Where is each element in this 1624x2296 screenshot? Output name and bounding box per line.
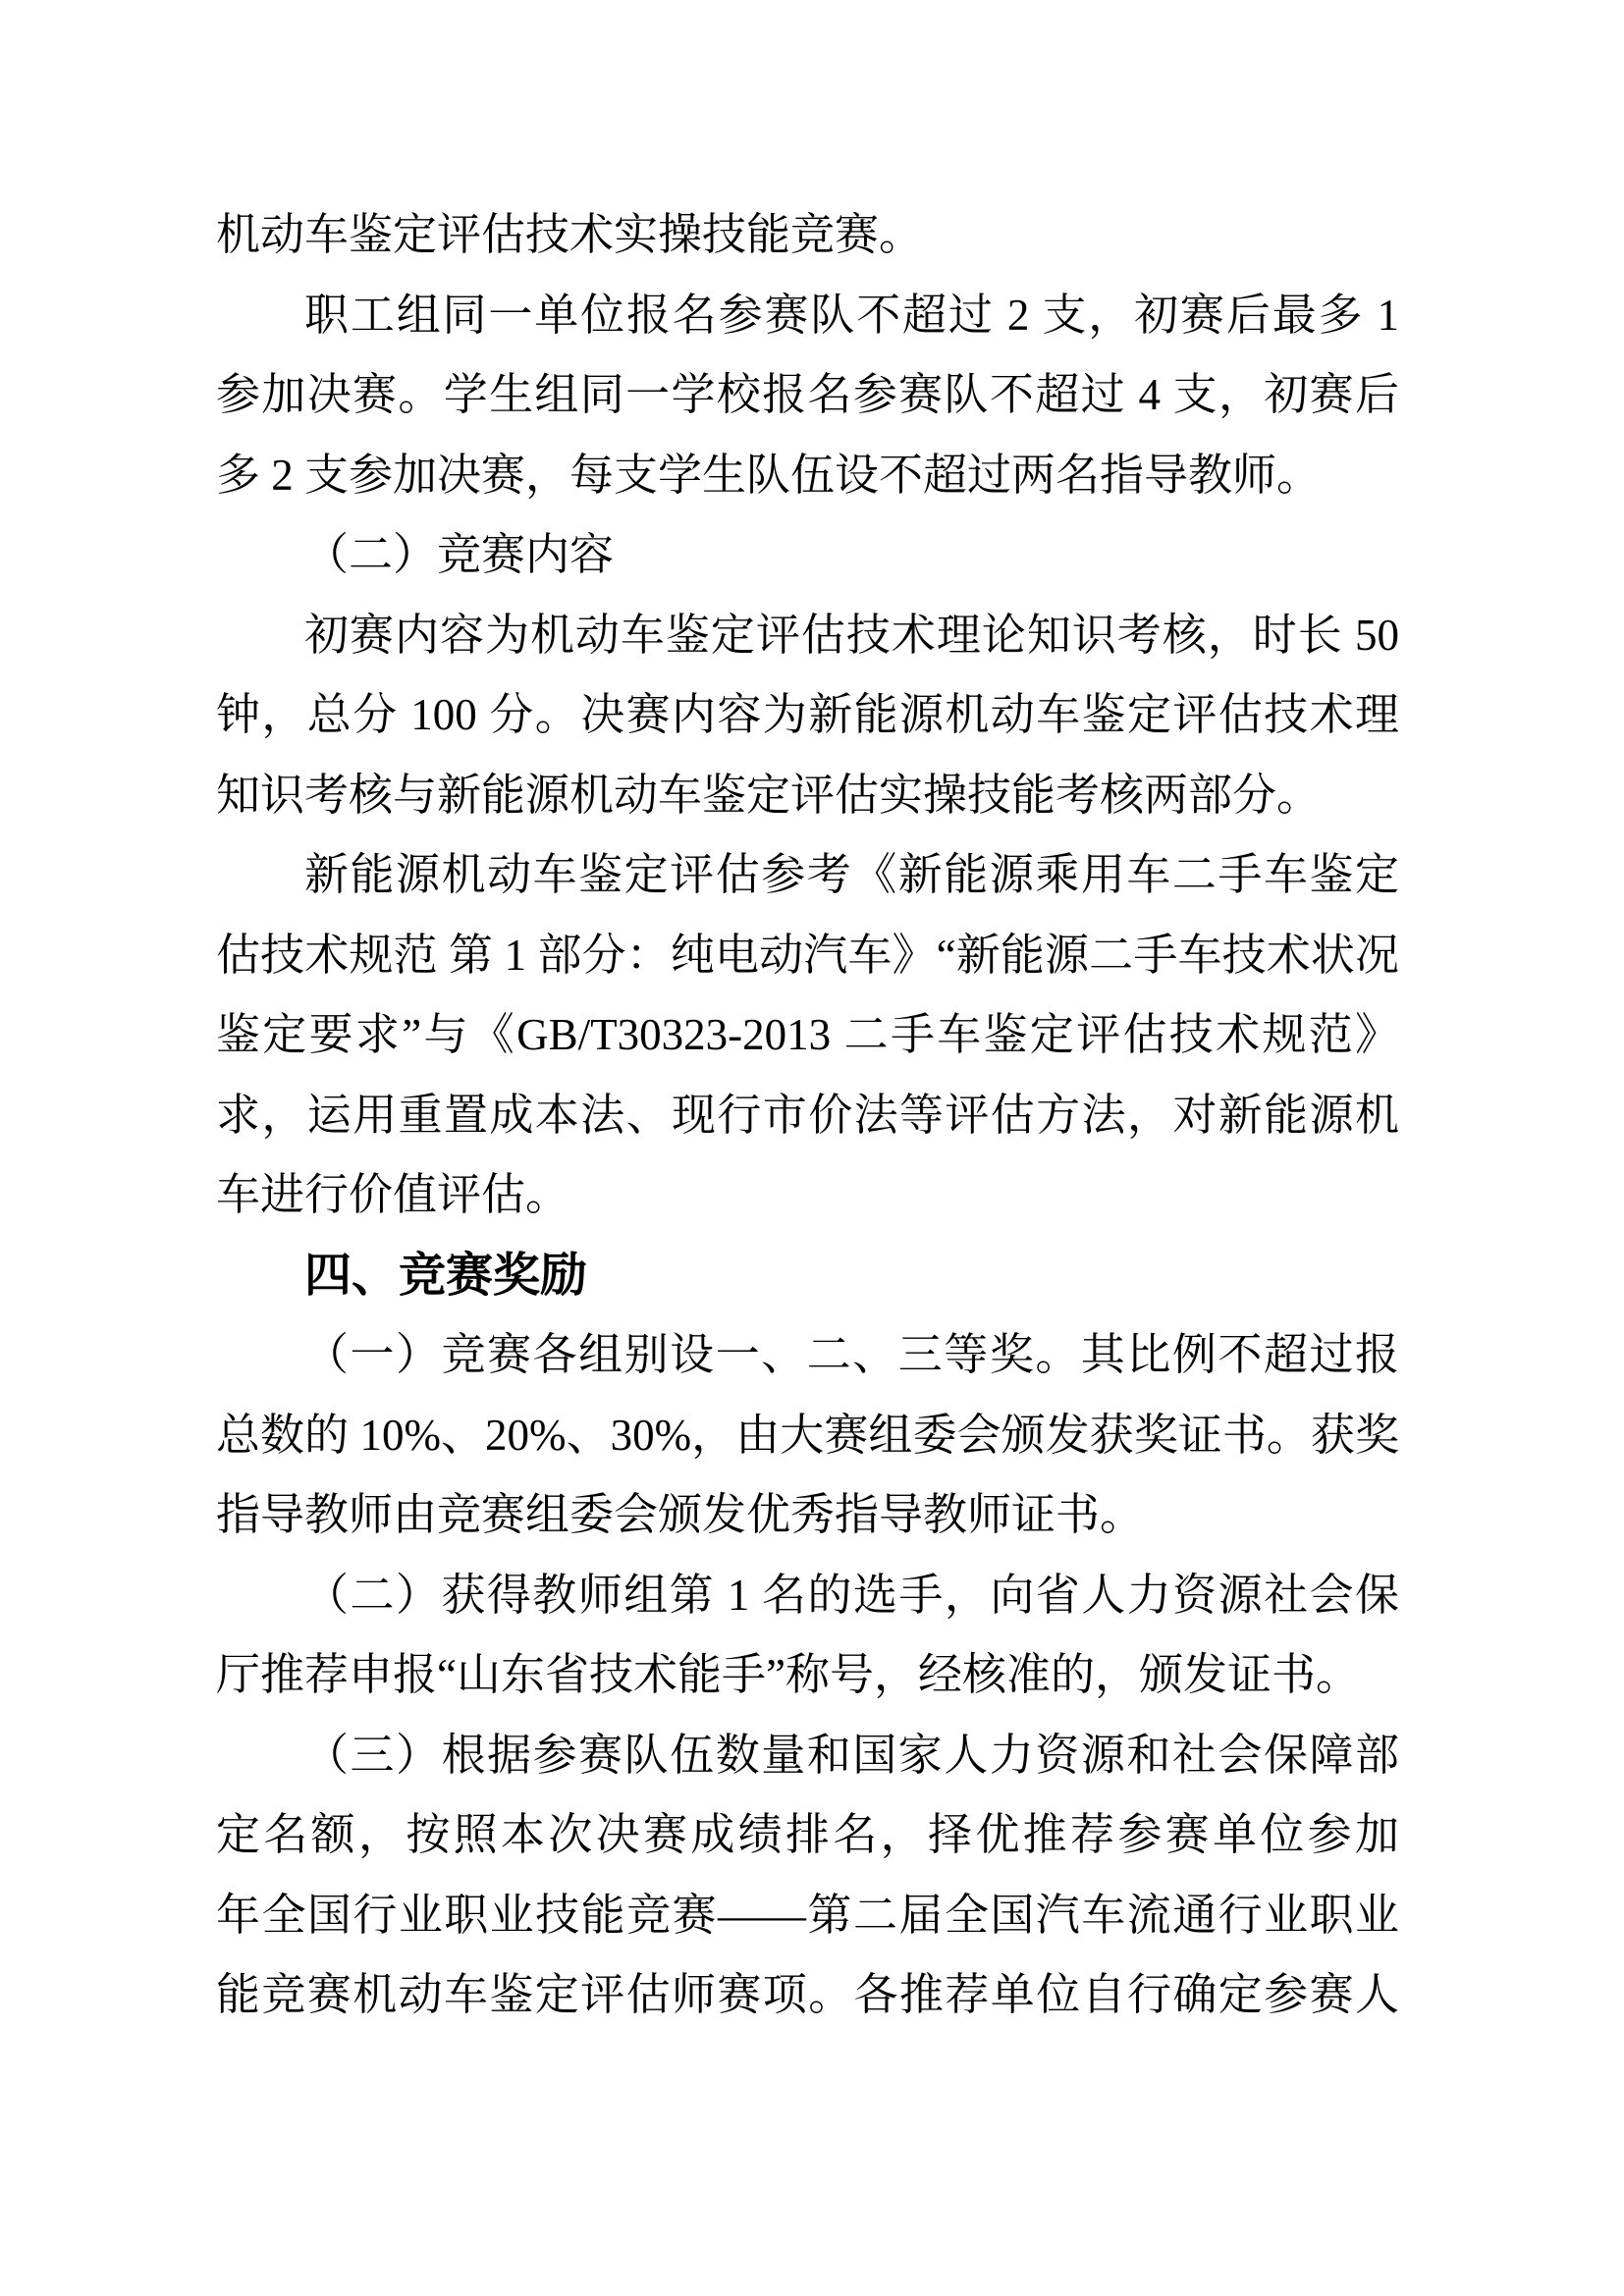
- text-line: 参加决赛。学生组同一学校报名参赛队不超过 4 支，初赛后最: [216, 355, 1399, 436]
- text-line: 定名额，按照本次决赛成绩排名，择优推荐参赛单位参加 2022: [216, 1795, 1399, 1876]
- document-page: 机动车鉴定评估技术实操技能竞赛。职工组同一单位报名参赛队不超过 2 支，初赛后最…: [0, 0, 1624, 2296]
- text-line: 知识考核与新能源机动车鉴定评估实操技能考核两部分。: [216, 756, 1399, 836]
- text-line: 总数的 10%、20%、30%，由大赛组委会颁发获奖证书。获奖学生: [216, 1396, 1399, 1476]
- text-line: 车进行价值评估。: [216, 1155, 1399, 1236]
- text-line: 职工组同一单位报名参赛队不超过 2 支，初赛后最多 1 支: [216, 276, 1399, 356]
- text-line: （二）竞赛内容: [216, 515, 1399, 596]
- text-line: 新能源机动车鉴定评估参考《新能源乘用车二手车鉴定评: [216, 835, 1399, 916]
- text-line: 年全国行业职业技能竞赛——第二届全国汽车流通行业职业技: [216, 1876, 1399, 1956]
- text-line: 多 2 支参加决赛，每支学生队伍设不超过两名指导教师。: [216, 436, 1399, 516]
- document-content: 机动车鉴定评估技术实操技能竞赛。职工组同一单位报名参赛队不超过 2 支，初赛后最…: [216, 195, 1399, 2036]
- text-line: 钟，总分 100 分。决赛内容为新能源机动车鉴定评估技术理论: [216, 675, 1399, 756]
- text-line: 估技术规范 第 1 部分：纯电动汽车》“新能源二手车技术状况: [216, 916, 1399, 996]
- text-line: 机动车鉴定评估技术实操技能竞赛。: [216, 195, 1399, 276]
- text-line: （二）获得教师组第 1 名的选手，向省人力资源社会保障: [216, 1556, 1399, 1636]
- text-line: 指导教师由竞赛组委会颁发优秀指导教师证书。: [216, 1475, 1399, 1556]
- text-line: 能竞赛机动车鉴定评估师赛项。各推荐单位自行确定参赛人员: [216, 1955, 1399, 2036]
- text-line: 求，运用重置成本法、现行市价法等评估方法，对新能源机动: [216, 1076, 1399, 1156]
- text-line: （一）竞赛各组别设一、二、三等奖。其比例不超过报名: [216, 1315, 1399, 1396]
- text-line: 初赛内容为机动车鉴定评估技术理论知识考核，时长 50 分: [216, 596, 1399, 676]
- text-line: （三）根据参赛队伍数量和国家人力资源和社会保障部设: [216, 1716, 1399, 1796]
- text-line: 鉴定要求”与《GB/T30323-2013 二手车鉴定评估技术规范》要: [216, 995, 1399, 1076]
- section-heading: 四、竞赛奖励: [216, 1236, 1399, 1316]
- text-line: 厅推荐申报“山东省技术能手”称号，经核准的，颁发证书。: [216, 1635, 1399, 1716]
